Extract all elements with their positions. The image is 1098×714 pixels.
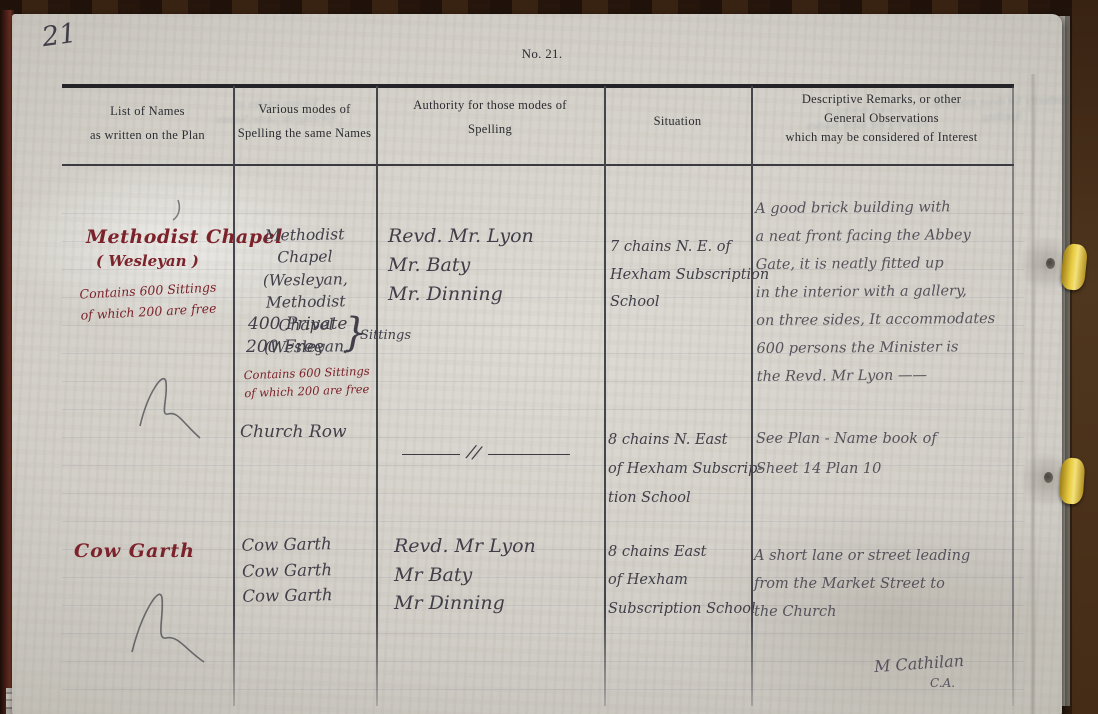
row1-name-note: Contains 600 Sittings of which 200 are f… — [79, 276, 218, 326]
row2-remarks: See Plan - Name book of Sheet 14 Plan 10 — [756, 424, 937, 484]
row1-spelling-note: Contains 600 Sittings of which 200 are f… — [243, 362, 370, 403]
row1-sittings-private: 400 Private — [248, 314, 348, 334]
table-right-border — [1012, 86, 1014, 706]
row2-situation: 8 chains N. East of Hexham Subscrip- tio… — [608, 426, 762, 513]
punch-hole — [1044, 472, 1053, 483]
pencil-squiggle — [102, 574, 222, 669]
page-crease — [1030, 74, 1036, 714]
header-list-of-names: List of Names as written on the Plan — [62, 100, 233, 148]
header-bottom-border — [62, 164, 1014, 166]
column-divider-3 — [604, 86, 606, 706]
surveyor-title: C.A. — [930, 676, 955, 690]
row1-sittings-free: 200 Free — [246, 337, 324, 357]
printed-sheet-number: No. 21. — [482, 42, 602, 67]
header-authority: Authority for those modes of Spelling — [376, 94, 604, 142]
column-divider-1 — [233, 86, 235, 706]
scanned-ledger-photo: { "page": { "handwritten_page_number": "… — [0, 0, 1098, 714]
header-remarks: Descriptive Remarks, or other General Ob… — [751, 90, 1012, 146]
punch-hole — [1046, 258, 1055, 269]
header-spelling-modes: Various modes of Spelling the same Names — [233, 98, 376, 146]
surveyor-signature: M Cathilan — [873, 651, 964, 676]
row2-authority-ditto: ∕∕ — [402, 442, 592, 463]
table-top-border — [62, 84, 1014, 88]
row3-authority: Revd. Mr Lyon Mr Baty Mr Dinning — [394, 532, 536, 618]
row1-situation: 7 chains N. E. of Hexham Subscription Sc… — [610, 234, 769, 317]
handwritten-page-number: 21 — [40, 18, 78, 53]
ditto-mark: ∕∕ — [466, 441, 482, 464]
row1-sittings-label: Sittings — [360, 328, 411, 343]
row1-name-sub: ( Wesleyan ) — [96, 252, 199, 270]
row3-remarks: A short lane or street leading from the … — [754, 542, 970, 626]
header-situation: Situation — [604, 110, 751, 134]
column-divider-2 — [376, 86, 378, 706]
binding-cord — [1058, 457, 1085, 505]
row1-authority: Revd. Mr. Lyon Mr. Baty Mr. Dinning — [388, 222, 534, 309]
binding-cord — [1060, 243, 1089, 291]
row3-name: Cow Garth — [74, 540, 195, 562]
ledger-page: Various modes of Spelling the same Names… — [12, 14, 1062, 714]
row3-situation: 8 chains East of Hexham Subscription Sch… — [608, 538, 756, 623]
pencil-squiggle — [112, 364, 212, 454]
pencil-tick-mark — [162, 196, 192, 226]
row1-remarks: A good brick building with a neat front … — [755, 193, 996, 391]
row3-spelling: Cow Garth Cow Garth Cow Garth — [241, 531, 332, 609]
row2-spelling: Church Row — [240, 422, 347, 442]
